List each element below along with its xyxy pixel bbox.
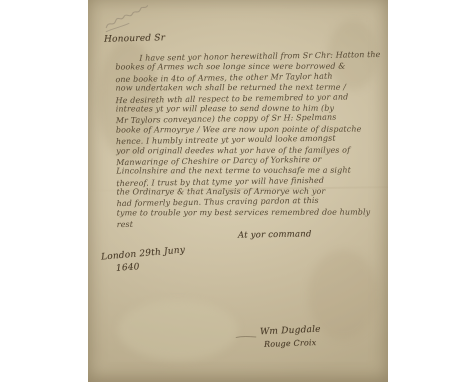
valediction: At yor command: [238, 229, 312, 240]
signature-name: Wm Dugdale: [260, 325, 321, 338]
manuscript-paper: Honoured Sr I have sent yor honor herewi…: [88, 0, 388, 382]
dateline: London 29th Juny: [101, 245, 186, 262]
salutation: Honoured Sr: [104, 33, 165, 45]
pencil-inscription-scribble: [100, 2, 160, 36]
paper-stain: [118, 300, 238, 360]
photograph-of-letter: Honoured Sr I have sent yor honor herewi…: [0, 0, 468, 382]
signature-title: Rouge Croix: [264, 338, 317, 349]
date-year: 1640: [116, 262, 140, 274]
letter-body: I have sent yor honor herewithall from S…: [115, 51, 381, 230]
